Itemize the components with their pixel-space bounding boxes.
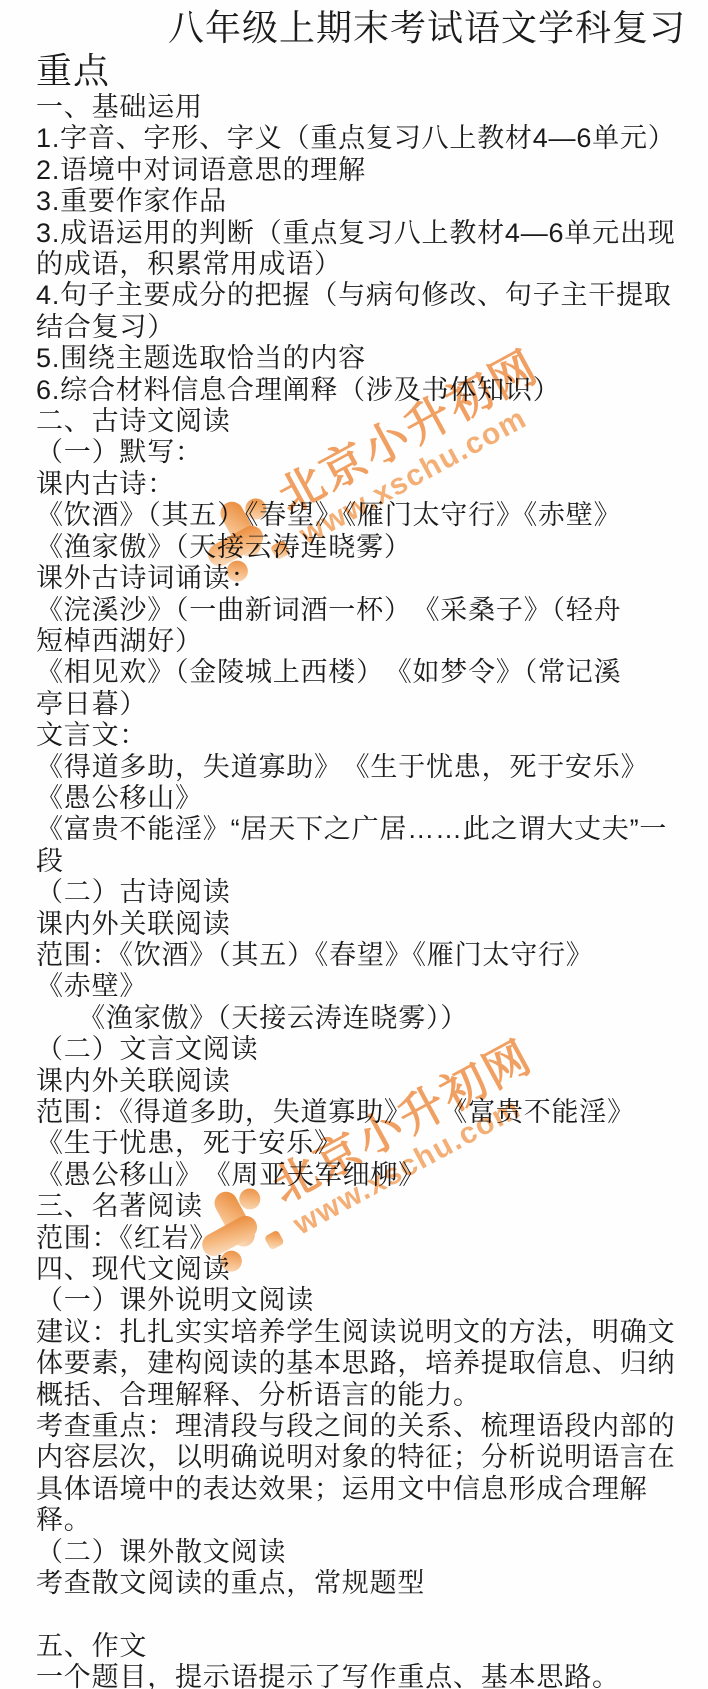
body-lines: 一、基础运用1.字音、字形、字义（重点复习八上教材4—6单元）2.语境中对词语意…	[36, 92, 696, 1689]
text-line: 1.字音、字形、字义（重点复习八上教材4—6单元）	[36, 123, 696, 154]
text-line: 三、名著阅读	[36, 1191, 696, 1222]
document-title-line1: 八年级上期末考试语文学科复习	[36, 6, 696, 49]
text-line: 《渔家傲》（天接云涛连晓雾）	[36, 532, 696, 563]
text-line: 五、作文	[36, 1631, 696, 1662]
text-line: 建议：扎扎实实培养学生阅读说明文的方法，明确文	[36, 1317, 696, 1348]
text-line: 2.语境中对词语意思的理解	[36, 155, 696, 186]
text-line: 《相见欢》（金陵城上西楼） 《如梦令》（常记溪	[36, 657, 696, 688]
text-line: 《生于忧患，死于安乐》	[36, 1128, 696, 1159]
text-line: 文言文：	[36, 720, 696, 751]
text-line: 四、现代文阅读	[36, 1254, 696, 1285]
text-line: 课内外关联阅读	[36, 1066, 696, 1097]
text-line: （二）古诗阅读	[36, 877, 696, 908]
text-line: 短棹西湖好）	[36, 626, 696, 657]
text-line: 亭日暮）	[36, 689, 696, 720]
text-line: 范围：《得道多助，失道寡助》 《富贵不能淫》	[36, 1097, 696, 1128]
text-line: （二）文言文阅读	[36, 1034, 696, 1065]
text-line: 二、古诗文阅读	[36, 406, 696, 437]
document-page: 八年级上期末考试语文学科复习 重点 一、基础运用1.字音、字形、字义（重点复习八…	[36, 6, 696, 1689]
text-line: 范围：《红岩》	[36, 1223, 696, 1254]
text-line: 5.围绕主题选取恰当的内容	[36, 343, 696, 374]
text-line: 课内外关联阅读	[36, 909, 696, 940]
text-line: 体要素，建构阅读的基本思路，培养提取信息、归纳	[36, 1348, 696, 1379]
text-line: 课内古诗：	[36, 469, 696, 500]
text-line: 段	[36, 846, 696, 877]
text-line: 6.综合材料信息合理阐释（涉及书体知识）	[36, 375, 696, 406]
text-line: 《饮酒》（其五）《春望》《雁门太守行》《赤壁》	[36, 500, 696, 531]
text-line: 《渔家傲》（天接云涛连晓雾））	[36, 1003, 696, 1034]
text-line: 3.成语运用的判断（重点复习八上教材4—6单元出现	[36, 218, 696, 249]
text-line: （一）默写：	[36, 437, 696, 468]
text-line: 概括、合理解释、分析语言的能力。	[36, 1380, 696, 1411]
text-line: 内容层次，以明确说明对象的特征；分析说明语言在	[36, 1442, 696, 1473]
text-line: 《富贵不能淫》“居天下之广居……此之谓大丈夫”一	[36, 814, 696, 845]
text-line: 范围：《饮酒》（其五）《春望》《雁门太守行》	[36, 940, 696, 971]
text-line: 具体语境中的表达效果；运用文中信息形成合理解	[36, 1474, 696, 1505]
text-line: 考查散文阅读的重点，常规题型	[36, 1568, 696, 1599]
text-line: 《浣溪沙》（一曲新词酒一杯） 《采桑子》（轻舟	[36, 595, 696, 626]
text-line: 释。	[36, 1505, 696, 1536]
text-line: （一）课外说明文阅读	[36, 1285, 696, 1316]
text-line	[36, 1600, 696, 1631]
text-line: 《赤壁》	[36, 971, 696, 1002]
text-line: （二）课外散文阅读	[36, 1537, 696, 1568]
text-line: 一、基础运用	[36, 92, 696, 123]
document-title-line2: 重点	[36, 49, 696, 92]
text-line: 的成语，积累常用成语）	[36, 249, 696, 280]
text-line: 4.句子主要成分的把握（与病句修改、句子主干提取	[36, 280, 696, 311]
text-line: 一个题目，提示语提示了写作重点、基本思路。	[36, 1662, 696, 1689]
text-line: 考查重点：理清段与段之间的关系、梳理语段内部的	[36, 1411, 696, 1442]
text-line: 3.重要作家作品	[36, 186, 696, 217]
text-line: 《得道多助，失道寡助》 《生于忧患，死于安乐》	[36, 752, 696, 783]
text-line: 《愚公移山》 《周亚夫军细柳》	[36, 1160, 696, 1191]
text-line: 《愚公移山》	[36, 783, 696, 814]
text-line: 课外古诗词诵读：	[36, 563, 696, 594]
text-line: 结合复习）	[36, 312, 696, 343]
